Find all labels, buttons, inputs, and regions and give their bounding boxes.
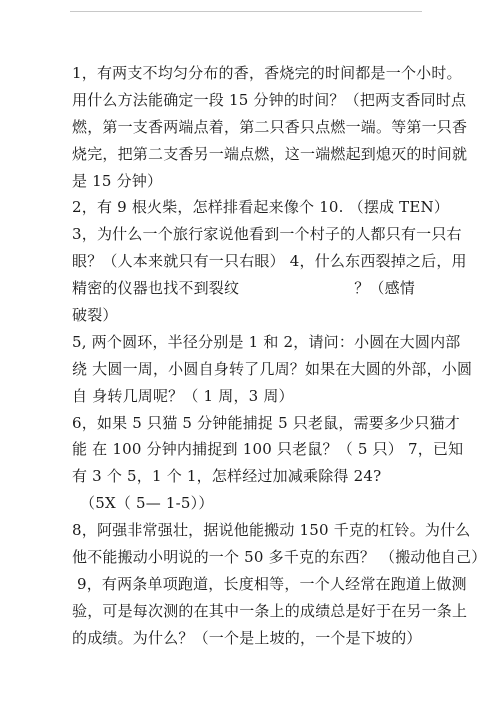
text-line: 他不能搬动小明说的一个 50 多千克的东西？ （搬动他自己）: [72, 544, 417, 571]
text-line: 9，有两条单项跑道，长度相等，一个人经常在跑道上做测: [72, 571, 417, 598]
text-line: 验，可是每次测的在其中一条上的成绩总是好于在另一条上: [72, 598, 417, 625]
text-line: 破裂）: [72, 302, 417, 329]
text-line: 2，有 9 根火柴，怎样排看起来像个 10. （摆成 TEN）: [72, 194, 417, 221]
text-line: 3，为什么一个旅行家说他看到一个村子的人都只有一只右: [72, 221, 417, 248]
text-line: 眼？（人本来就只有一只右眼） 4，什么东西裂掉之后，用: [72, 248, 417, 275]
text-line: 用什么方法能确定一段 15 分钟的时间？（把两支香同时点: [72, 87, 417, 114]
header-rule: [70, 11, 422, 12]
text-line: 能 在 100 分钟内捕捉到 100 只老鼠？（ 5 只） 7，已知: [72, 436, 417, 463]
text-line: 燃，第一支香两端点着，第二只香只点燃一端。等第一只香: [72, 114, 417, 141]
text-line: 绕 大圆一周，小圆自身转了几周？如果在大圆的外部，小圆: [72, 356, 417, 383]
text-line: 1，有两支不均匀分布的香，香烧完的时间都是一个小时。: [72, 60, 417, 87]
text-line: 有 3 个 5，1 个 1，怎样经过加减乘除得 24?: [72, 463, 417, 490]
document-body: 1，有两支不均匀分布的香，香烧完的时间都是一个小时。 用什么方法能确定一段 15…: [72, 60, 417, 652]
text-line: （5X（ 5— 1-5））: [72, 490, 417, 517]
text-line: 8，阿强非常强壮，据说他能搬动 150 千克的杠铃。为什么: [72, 517, 417, 544]
text-line: 6，如果 5 只猫 5 分钟能捕捉 5 只老鼠，需要多少只猫才: [72, 410, 417, 437]
text-line-head: 精密的仪器也找不到裂纹: [72, 279, 239, 297]
text-line: 烧完，把第二支香另一端点燃，这一端燃起到熄灭的时间就: [72, 141, 417, 168]
text-line: 是 15 分钟）: [72, 168, 417, 195]
text-line: 5, 两个圆环，半径分别是 1 和 2，请问：小圆在大圆内部: [72, 329, 417, 356]
text-line: 的成绩。为什么？（一个是上坡的，一个是下坡的）: [72, 625, 417, 652]
text-line-tail: ？（感情: [354, 275, 415, 302]
text-line: 自 身转几周呢？（ 1 周，3 周）: [72, 383, 417, 410]
text-line: 精密的仪器也找不到裂纹 ？（感情: [72, 275, 417, 302]
